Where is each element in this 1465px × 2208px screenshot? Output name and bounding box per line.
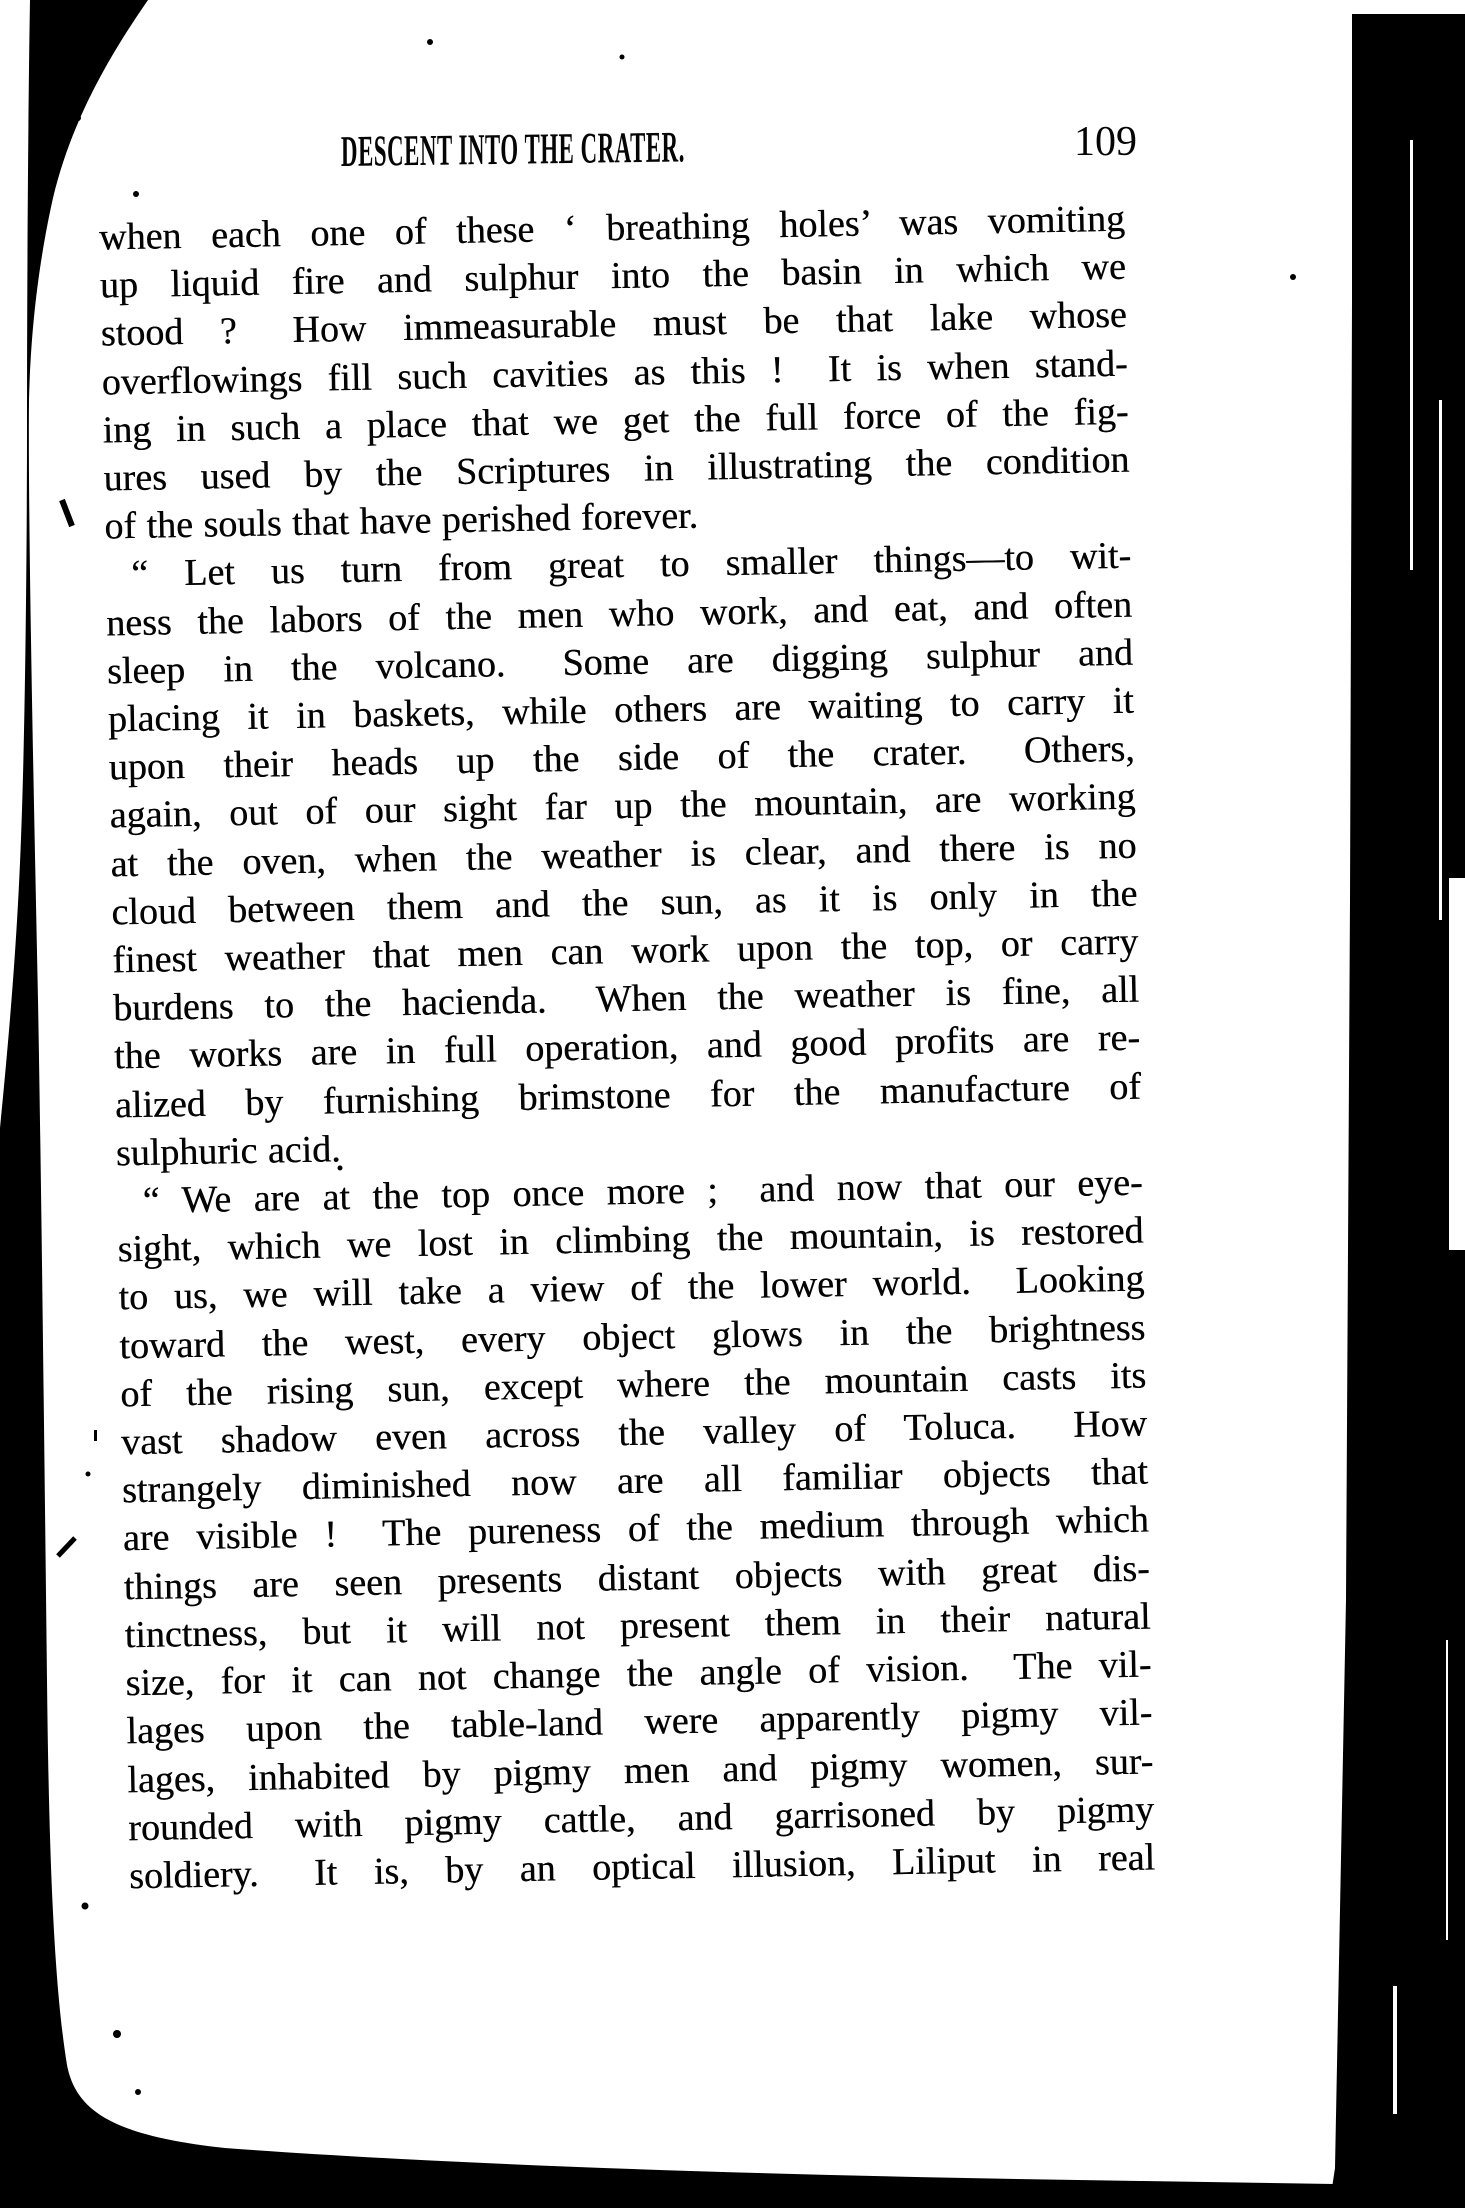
ink-speck [86, 1472, 91, 1477]
body-text-block: when each one of these ‘ breathing holes… [99, 195, 1156, 1901]
band-streak [1449, 878, 1465, 1250]
band-streak [1393, 1986, 1397, 2114]
ink-speck [1290, 274, 1296, 280]
scanned-book-page: DESCENT INTO THE CRATER. 109 when each o… [0, 0, 1465, 2208]
band-streak [1439, 400, 1442, 920]
band-streak [1410, 140, 1413, 570]
ink-speck [133, 191, 139, 197]
ink-speck [62, 500, 72, 526]
ink-speck [113, 2030, 121, 2038]
ink-speck [94, 1430, 97, 1441]
ink-speck [75, 115, 81, 121]
running-head: DESCENT INTO THE CRATER. [341, 121, 685, 177]
ink-speck [620, 55, 625, 60]
right-band-artifact [1329, 14, 1465, 2208]
ink-speck [135, 2089, 141, 2095]
ink-speck [82, 1903, 89, 1910]
ink-speck [427, 39, 433, 45]
page-number: 109 [1074, 118, 1137, 166]
band-streak [1446, 1640, 1448, 1940]
ink-speck [58, 1538, 75, 1556]
